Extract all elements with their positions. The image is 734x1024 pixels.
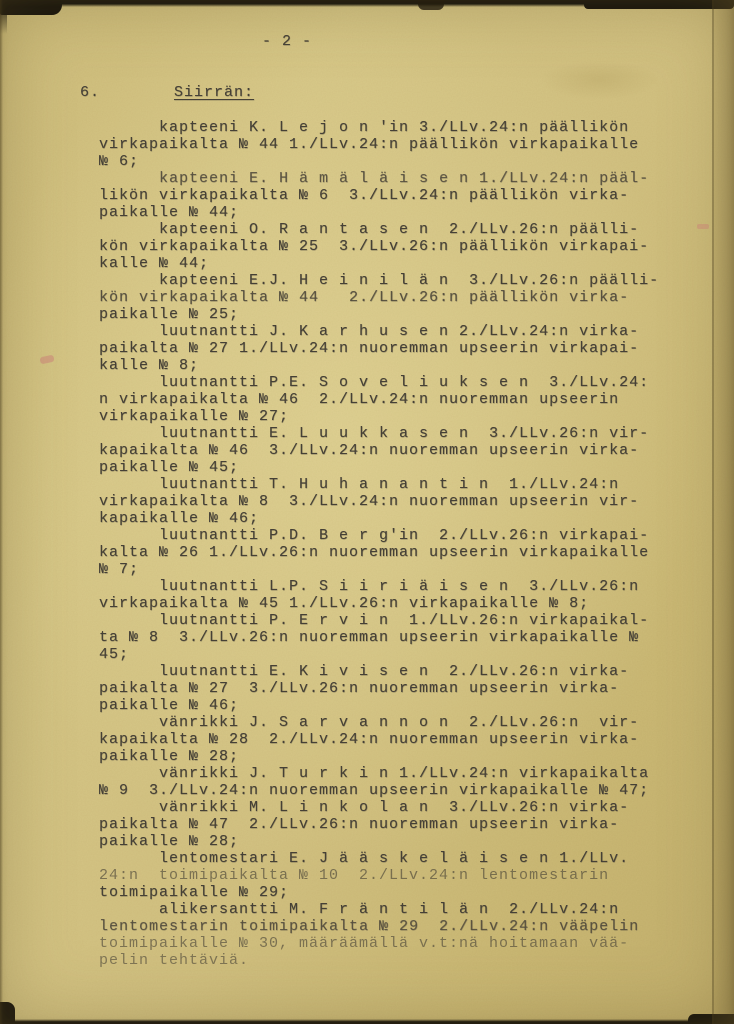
text-line: vänrikki J. S a r v a n n o n 2./LLv.26:… xyxy=(99,714,699,731)
text-line: kapaikalta № 46 3./LLv.24:n nuoremman up… xyxy=(99,442,699,459)
text-line: 45; xyxy=(99,646,699,663)
text-line: paikalle № 25; xyxy=(99,306,699,323)
text-line: kalle № 8; xyxy=(99,357,699,374)
text-line: vänrikki J. T u r k i n 1./LLv.24:n virk… xyxy=(99,765,699,782)
paper-stain xyxy=(540,60,660,100)
text-line: paikalle № 45; xyxy=(99,459,699,476)
text-line: paikalta № 27 3./LLv.26:n nuoremman upse… xyxy=(99,680,699,697)
text-line: pelin tehtäviä. xyxy=(99,952,699,969)
text-line: paikalle № 46; xyxy=(99,697,699,714)
text-line: virkapaikalta № 45 1./LLv.26:n virkapaik… xyxy=(99,595,699,612)
text-line: luutnantti E. L u u k k a s e n 3./LLv.2… xyxy=(99,425,699,442)
text-line: kön virkapaikalta № 44 2./LLv.26:n pääll… xyxy=(99,289,699,306)
text-line: alikersantti M. F r ä n t i l ä n 2./LLv… xyxy=(99,901,699,918)
text-line: toimipaikalle № 30, määräämällä v.t:nä h… xyxy=(99,935,699,952)
text-line: kalta № 26 1./LLv.26:n nuoremman upseeri… xyxy=(99,544,699,561)
paper-right-margin-shade xyxy=(714,0,734,1024)
text-line: ta № 8 3./LLv.26:n nuoremman upseerin vi… xyxy=(99,629,699,646)
text-line: luutnantti P. E r v i n 1./LLv.26:n virk… xyxy=(99,612,699,629)
ink-stain xyxy=(39,355,54,365)
text-line: virkapaikalta № 44 1./LLv.24:n päällikön… xyxy=(99,136,699,153)
text-line: paikalta № 27 1./LLv.24:n nuoremman upse… xyxy=(99,340,699,357)
text-line: paikalle № 28; xyxy=(99,748,699,765)
scan-edge-bottom xyxy=(0,1019,734,1024)
text-line: virkapaikalle № 27; xyxy=(99,408,699,425)
text-line: № 7; xyxy=(99,561,699,578)
text-line: kapteeni K. L e j o n 'in 3./LLv.24:n pä… xyxy=(99,119,699,136)
scanned-document-page: - 2 - 6. Siirrän: kapteeni K. L e j o n … xyxy=(0,0,734,1024)
text-line: luutnantti T. H u h a n a n t i n 1./LLv… xyxy=(99,476,699,493)
text-line: toimipaikalle № 29; xyxy=(99,884,699,901)
text-line: n virkapaikalta № 46 2./LLv.24:n nuoremm… xyxy=(99,391,699,408)
text-line: kapteeni E.J. H e i n i l ä n 3./LLv.26:… xyxy=(99,272,699,289)
text-line: lentomestari E. J ä ä s k e l ä i s e n … xyxy=(99,850,699,867)
scan-blotch-top-middle xyxy=(418,0,444,10)
text-line: luutnantti J. K a r h u s e n 2./LLv.24:… xyxy=(99,323,699,340)
text-line: № 9 3./LLv.24:n nuoremman upseerin virka… xyxy=(99,782,699,799)
page-number: - 2 - xyxy=(262,33,312,50)
text-line: luutnantti L.P. S i i r i ä i s e n 3./L… xyxy=(99,578,699,595)
text-line: kalle № 44; xyxy=(99,255,699,272)
text-line: luutnantti E. K i v i s e n 2./LLv.26:n … xyxy=(99,663,699,680)
section-title: Siirrän: xyxy=(174,84,254,101)
text-line: vänrikki M. L i n k o l a n 3./LLv.26:n … xyxy=(99,799,699,816)
text-line: kapaikalle № 46; xyxy=(99,510,699,527)
scan-edge-left xyxy=(0,0,3,1024)
text-line: lentomestarin toimipaikalta № 29 2./LLv.… xyxy=(99,918,699,935)
text-line: kapaikalta № 28 2./LLv.24:n nuoremman up… xyxy=(99,731,699,748)
document-body: kapteeni K. L e j o n 'in 3./LLv.24:n pä… xyxy=(99,119,699,969)
text-line: virkapaikalta № 8 3./LLv.24:n nuoremman … xyxy=(99,493,699,510)
scan-blotch-top-left xyxy=(0,0,62,15)
text-line: paikalle № 28; xyxy=(99,833,699,850)
text-line: kapteeni O. R a n t a s e n 2./LLv.26:n … xyxy=(99,221,699,238)
text-line: 24:n toimipaikalta № 10 2./LLv.24:n lent… xyxy=(99,867,699,884)
text-line: likön virkapaikalta № 6 3./LLv.24:n pääl… xyxy=(99,187,699,204)
section-number: 6. xyxy=(80,84,100,101)
text-line: paikalta № 47 2./LLv.26:n nuoremman upse… xyxy=(99,816,699,833)
text-line: luutnantti P.D. B e r g'in 2./LLv.26:n v… xyxy=(99,527,699,544)
text-line: kapteeni E. H ä m ä l ä i s e n 1./LLv.2… xyxy=(99,170,699,187)
text-line: luutnantti P.E. S o v e l i u k s e n 3.… xyxy=(99,374,699,391)
text-line: kön virkapaikalta № 25 3./LLv.26:n pääll… xyxy=(99,238,699,255)
text-line: paikalle № 44; xyxy=(99,204,699,221)
text-line: № 6; xyxy=(99,153,699,170)
